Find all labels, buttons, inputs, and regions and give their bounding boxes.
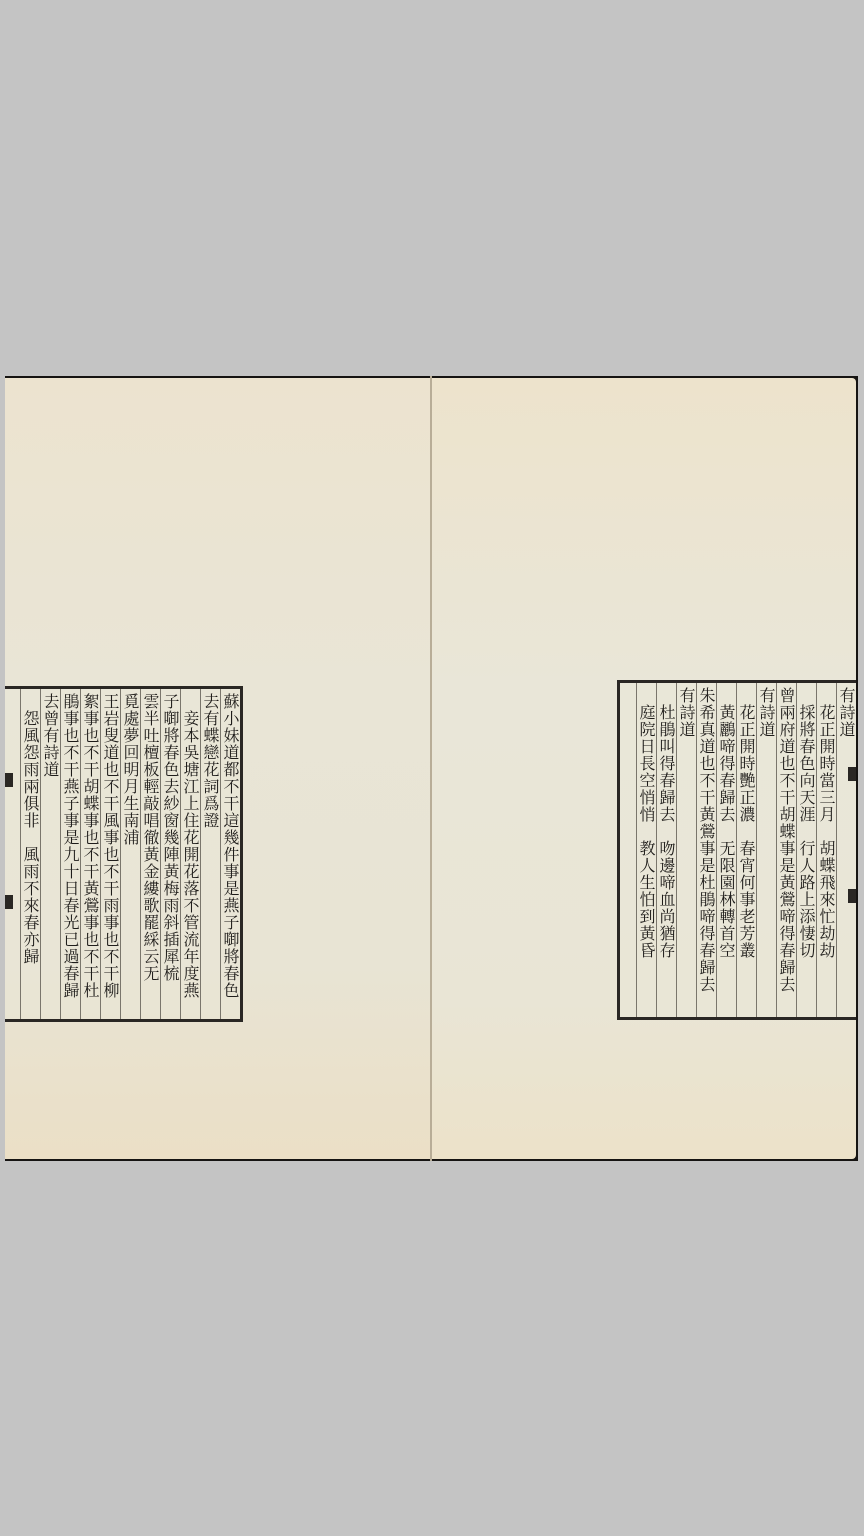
text-column: 子啣將春色去紗窗幾陣黃梅雨斜插犀梳 <box>160 689 180 1019</box>
text-column: 朱希真道也不干黃鶯事是杜鵑啼得春歸去 <box>696 683 716 1017</box>
text-column: 有詩道 <box>756 683 776 1017</box>
text-column: 王岩叟道也不干風事也不干雨事也不干柳 <box>100 689 120 1019</box>
text-column: 花正開時當三月 胡蝶飛來忙劫劫 <box>816 683 836 1017</box>
fishtail-mark <box>5 773 13 787</box>
text-column: 覓處夢回明月生南浦 <box>120 689 140 1019</box>
text-column: 妾本吳塘江上住花開花落不管流年度燕 <box>180 689 200 1019</box>
text-column: 絮事也不干胡蝶事也不干黃鶯事也不干杜 <box>80 689 100 1019</box>
text-column: 有詩道 <box>676 683 696 1017</box>
text-column: 有詩道 <box>836 683 856 1017</box>
fishtail-mark <box>848 767 856 781</box>
text-column: 雲半吐檀板輕敲唱徹黃金縷歌罷綵云无 <box>140 689 160 1019</box>
right-text-frame: 有詩道 花正開時當三月 胡蝶飛來忙劫劫 採將春色向天涯 行人路上添悽切 曾兩府道… <box>617 680 856 1020</box>
fishtail-mark <box>5 895 13 909</box>
text-column: 去有蝶戀花詞爲證 <box>200 689 220 1019</box>
fishtail-mark <box>848 889 856 903</box>
text-column: 杜鵑叫得春歸去 吻邊啼血尚猶存 <box>656 683 676 1017</box>
text-column: 鵑事也不干燕子事是九十日春光已過春歸 <box>60 689 80 1019</box>
right-text-columns: 有詩道 花正開時當三月 胡蝶飛來忙劫劫 採將春色向天涯 行人路上添悽切 曾兩府道… <box>620 683 856 1017</box>
text-column: 花正開時艷正濃 春宵何事老芳叢 <box>736 683 756 1017</box>
text-column: 黃鸝啼得春歸去 无限園林轉首空 <box>716 683 736 1017</box>
left-text-frame: 蘇小妹道都不干這幾件事是燕子啣將春色 去有蝶戀花詞爲證 妾本吳塘江上住花開花落不… <box>5 686 243 1022</box>
text-column: 去曾有詩道 <box>40 689 60 1019</box>
text-column: 曾兩府道也不干胡蝶事是黃鶯啼得春歸去 <box>776 683 796 1017</box>
left-page: 蘇小妹道都不干這幾件事是燕子啣將春色 去有蝶戀花詞爲證 妾本吳塘江上住花開花落不… <box>5 378 430 1159</box>
book-spread: 蘇小妹道都不干這幾件事是燕子啣將春色 去有蝶戀花詞爲證 妾本吳塘江上住花開花落不… <box>5 376 858 1161</box>
right-page: 有詩道 花正開時當三月 胡蝶飛來忙劫劫 採將春色向天涯 行人路上添悽切 曾兩府道… <box>432 378 856 1159</box>
text-column: 庭院日長空悄悄 教人生怕到黃昏 <box>636 683 656 1017</box>
text-column: 蘇小妹道都不干這幾件事是燕子啣將春色 <box>220 689 240 1019</box>
text-column: 採將春色向天涯 行人路上添悽切 <box>796 683 816 1017</box>
left-text-columns: 蘇小妹道都不干這幾件事是燕子啣將春色 去有蝶戀花詞爲證 妾本吳塘江上住花開花落不… <box>5 689 240 1019</box>
text-column: 怨風怨雨兩俱非 風雨不來春亦歸 <box>20 689 40 1019</box>
